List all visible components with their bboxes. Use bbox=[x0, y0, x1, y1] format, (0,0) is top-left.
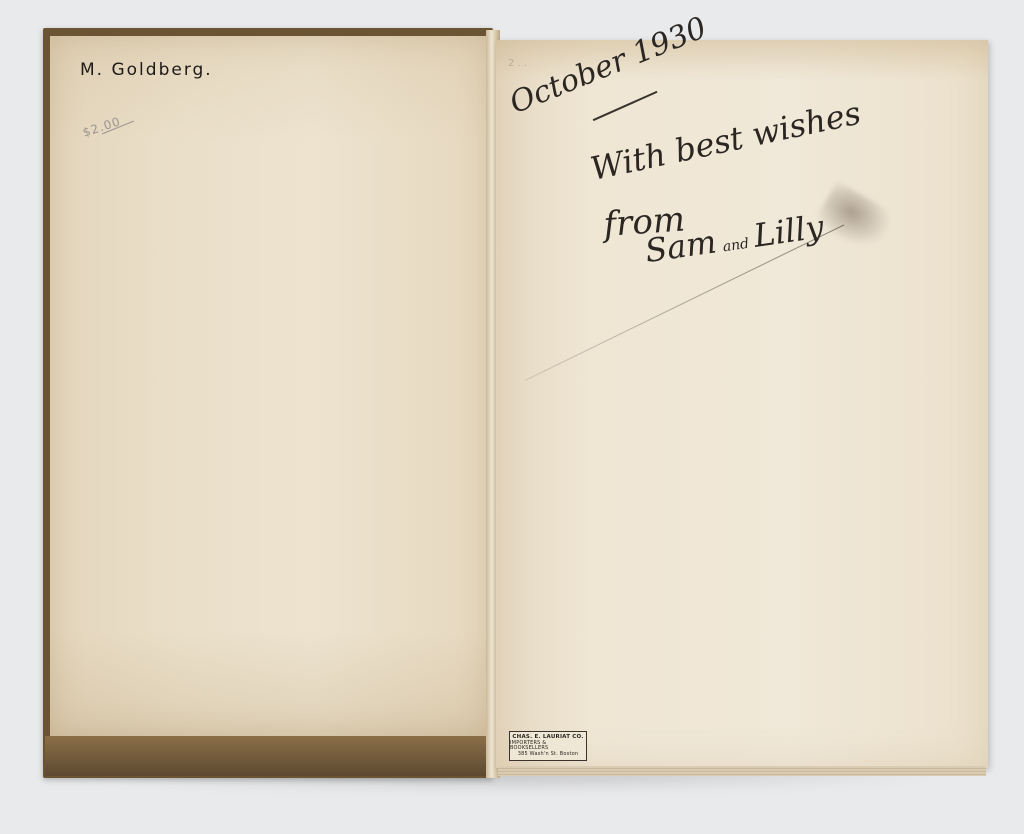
page-block-edges bbox=[498, 766, 986, 776]
book-photo: M. Goldberg. $2.00 2 . . October 1930 Wi… bbox=[0, 0, 1024, 834]
cover-bottom-edge bbox=[45, 736, 491, 776]
bookseller-label: CHAS. E. LAURIAT CO. IMPORTERS & BOOKSEL… bbox=[509, 731, 587, 761]
pencil-corner-mark: 2 . . bbox=[508, 58, 527, 69]
front-pastedown-page bbox=[50, 36, 488, 736]
owner-name-inscription: M. Goldberg. bbox=[80, 60, 213, 80]
bookseller-trade: IMPORTERS & BOOKSELLERS bbox=[510, 741, 586, 752]
bookseller-address: 385 Wash'n St. Boston bbox=[518, 752, 579, 757]
signature-and: and bbox=[722, 236, 750, 256]
